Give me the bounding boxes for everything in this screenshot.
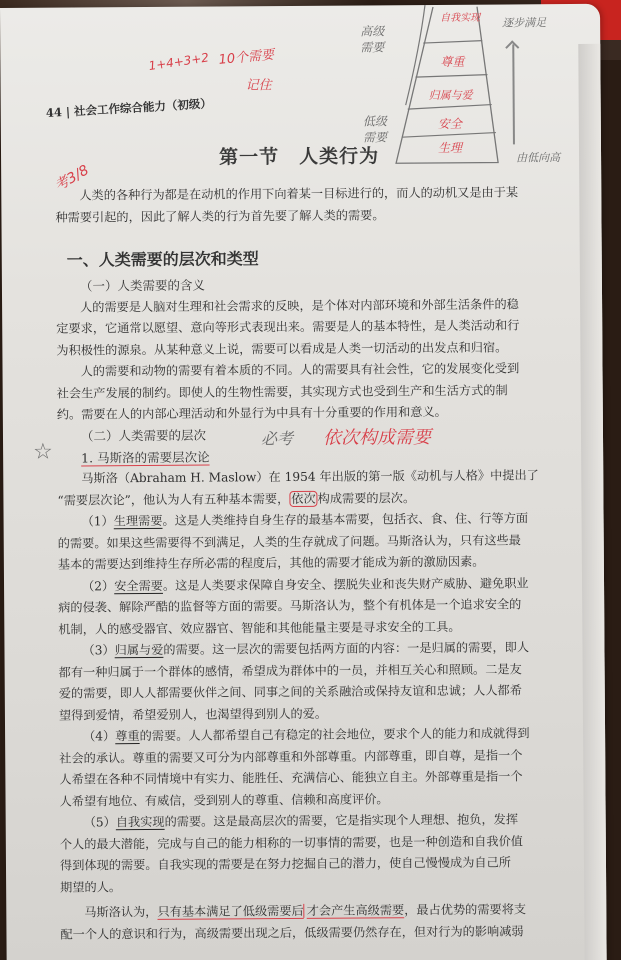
text-span: “需要层次论”，他认为人有五种基本需要， (57, 491, 289, 507)
part2-section: （二）人类需要的层次 1. 马斯洛的需要层次论 马斯洛（Abraham H. M… (57, 422, 613, 946)
handwritten-low-to-high: 由低向高 (516, 149, 560, 165)
handwritten-high-level: 高级需要 (360, 23, 386, 55)
running-header: 44 | 社会工作综合能力（初级） (45, 95, 212, 121)
text-span: 。这是人类维持自身生存的最基本需要，包括衣、食、住、行等方面 (162, 511, 528, 528)
need-name: 自我实现 (116, 815, 165, 829)
pyramid-level-belonging: 归属与爱 (429, 87, 473, 103)
text-span: ，最占优势的需要将支 (404, 902, 526, 917)
handwritten-remember: 记住 (245, 74, 271, 93)
heading-level1: 一、人类需要的层次和类型 (67, 246, 259, 270)
text-span: 。这是人类要求保障自身安全、摆脱失业和丧失财产威胁、避免职业 (163, 576, 529, 593)
pyramid-level-self-actualization: 自我实现 (440, 9, 480, 24)
handwritten-gradually-satisfy: 逐步满足 (502, 14, 546, 30)
pyramid-level-esteem: 尊重 (440, 53, 464, 70)
section-title: 第一节 人类行为 (219, 141, 379, 169)
need-physiological: （1）生理需要。这是人类维持自身生存的最基本需要，包括衣、食、住、行等方面 (58, 508, 610, 533)
need-safety: （2）安全需要。这是人类要求保障自身安全、摆脱失业和丧失财产威胁、避免职业 (58, 572, 610, 597)
handwritten-formula: 1+4+3+2 (148, 50, 210, 73)
page-number: 44 (45, 105, 62, 120)
intro-paragraph: 人类的各种行为都是在动机的作用下向着某一目标进行的，而人的动机又是由于某 种需要… (55, 182, 607, 229)
body-line: 配一个人的意识和行为，高级需要出现之后，低级需要仍然存在，但对行为的影响减弱 (60, 920, 612, 945)
text-span: 构成需要的层次。 (318, 491, 416, 506)
text-span: 马斯洛认为， (84, 905, 157, 920)
need-number: （1） (82, 514, 114, 528)
need-number: （3） (82, 643, 114, 657)
need-name: 尊重 (115, 729, 139, 743)
need-belonging: （3）归属与爱的需要。这一层次的需要包括两方面的内容：一是归属的需要，即人 (58, 637, 610, 662)
need-number: （2） (82, 579, 114, 593)
need-name: 生理需要 (114, 514, 163, 528)
body-line: 期望的人。 (60, 873, 612, 898)
text-span: 的需要。这是最高层次的需要，它是指实现个人理想、抱负，发挥 (165, 812, 519, 828)
underlined-phrase: 才会产生高级需要 (304, 903, 405, 918)
intro-line: 种需要引起的，因此了解人类的行为首先要了解人类的需要。 (55, 203, 607, 228)
pyramid-level-safety: 安全 (438, 115, 462, 132)
need-name: 安全需要 (114, 578, 163, 592)
text-span: 的需要。这一层次的需要包括两方面的内容：一是归属的需要，即人 (163, 640, 529, 657)
need-name: 归属与爱 (115, 643, 164, 657)
underlined-phrase: 只有基本满足了低级需要后 (157, 904, 303, 919)
pyramid-level-physiological: 生理 (438, 139, 462, 156)
textbook-page: 44 | 社会工作综合能力（初级） 1+4+3+2 10个需要 记住 考3/8 … (0, 4, 607, 960)
body-line: 马斯洛（Abraham H. Maslow）在 1954 年出版的第一版《动机与… (57, 465, 609, 490)
book-title: 社会工作综合能力（初级） (74, 96, 213, 118)
need-number: （4） (83, 729, 115, 743)
circled-word: 依次 (289, 490, 317, 506)
need-number: （5） (84, 815, 116, 829)
text-span: 的需要。人人都希望自己有稳定的社会地位，要求个人的能力和成就得到 (140, 726, 530, 743)
handwritten-ten-needs: 10个需要 (218, 44, 275, 68)
star-mark-icon: ☆ (33, 440, 53, 465)
need-esteem: （4）尊重的需要。人人都希望自己有稳定的社会地位，要求个人的能力和成就得到 (59, 723, 611, 748)
maslow-theory-title: 1. 马斯洛的需要层次论 (81, 449, 210, 465)
part1-section: （一）人类需要的含义 人的需要是人脑对生理和社会需求的反映，是个体对内部环境和外… (56, 272, 609, 426)
